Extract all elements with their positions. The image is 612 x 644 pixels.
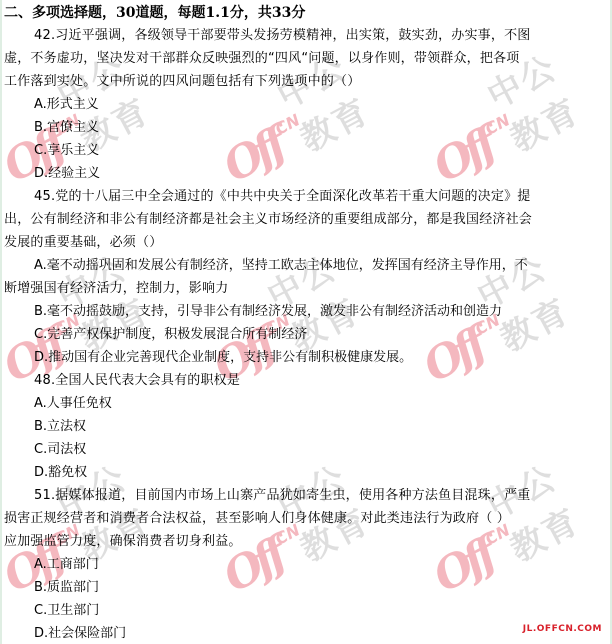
option-b: B.毫不动摇鼓励，支持，引导非公有制经济发展，激发非公有制经济活动和创造力 xyxy=(2,300,610,323)
section-title: 二、多项选择题，30道题，每题1.1分，共33分 xyxy=(2,2,610,24)
option-a: A.工商部门 xyxy=(2,553,610,576)
option-c: C.卫生部门 xyxy=(2,599,610,622)
question-stem: 损害正规经营者和消费者合法权益，甚至影响人们身体健康。对此类违法行为政府（ ） xyxy=(2,507,610,530)
option-d: D.经验主义 xyxy=(2,162,610,185)
question-48: 48.全国人民代表大会具有的职权是 A.人事任免权 B.立法权 C.司法权 D.… xyxy=(2,369,610,484)
site-watermark: JL.OFFCN.COM xyxy=(523,624,602,634)
option-c: C.司法权 xyxy=(2,438,610,461)
option-b: B.官僚主义 xyxy=(2,116,610,139)
option-c: C.享乐主义 xyxy=(2,139,610,162)
question-stem: 48.全国人民代表大会具有的职权是 xyxy=(2,369,610,392)
option-a: A.毫不动摇巩固和发展公有制经济，坚持工欧志主体地位，发挥国有经济主导作用，不 xyxy=(2,254,610,277)
exam-content: 二、多项选择题，30道题，每题1.1分，共33分 42.习近平强调，各级领导干部… xyxy=(2,0,610,644)
option-b: B.立法权 xyxy=(2,415,610,438)
option-b: B.质监部门 xyxy=(2,576,610,599)
question-51: 51.据媒体报道，目前国内市场上山寨产品犹如寄生虫，使用各种方法鱼目混珠，严重 … xyxy=(2,484,610,644)
question-stem: 出，公有制经济和非公有制经济都是社会主义市场经济的重要组成部分，都是我国经济社会 xyxy=(2,208,610,231)
question-stem: 45.党的十八届三中全会通过的《中共中央关于全面深化改革若干重大问题的决定》提 xyxy=(2,185,610,208)
question-stem: 51.据媒体报道，目前国内市场上山寨产品犹如寄生虫，使用各种方法鱼目混珠，严重 xyxy=(2,484,610,507)
question-stem: 工作落到实处。文中所说的四风问题包括有下列选项中的（） xyxy=(2,70,610,93)
option-a: A.形式主义 xyxy=(2,93,610,116)
exam-page: Off CN 中公教育 Off CN 中公教育 Off CN 中公教育 Off … xyxy=(0,0,612,644)
question-stem: 42.习近平强调，各级领导干部要带头发扬劳模精神，出实策，鼓实劲，办实事，不图 xyxy=(2,24,610,47)
question-stem: 发展的重要基础，必须（） xyxy=(2,231,610,254)
option-d: D.推动国有企业完善现代企业制度，支持非公有制积极健康发展。 xyxy=(2,346,610,369)
question-stem: 应加强监管力度，确保消费者切身利益。 xyxy=(2,530,610,553)
question-stem: 虚，不务虚功，坚决发对干部群众反映强烈的“四风“问题，以身作则，带领群众，把各项 xyxy=(2,47,610,70)
option-a: A.人事任免权 xyxy=(2,392,610,415)
option-c: C.完善产权保护制度，积极发展混合所有制经济 xyxy=(2,323,610,346)
option-a-continuation: 断增强国有经济活力，控制力，影响力 xyxy=(2,277,610,300)
question-45: 45.党的十八届三中全会通过的《中共中央关于全面深化改革若干重大问题的决定》提 … xyxy=(2,185,610,369)
option-d: D.豁免权 xyxy=(2,461,610,484)
option-d: D.社会保险部门 xyxy=(2,622,610,644)
question-42: 42.习近平强调，各级领导干部要带头发扬劳模精神，出实策，鼓实劲，办实事，不图 … xyxy=(2,24,610,185)
